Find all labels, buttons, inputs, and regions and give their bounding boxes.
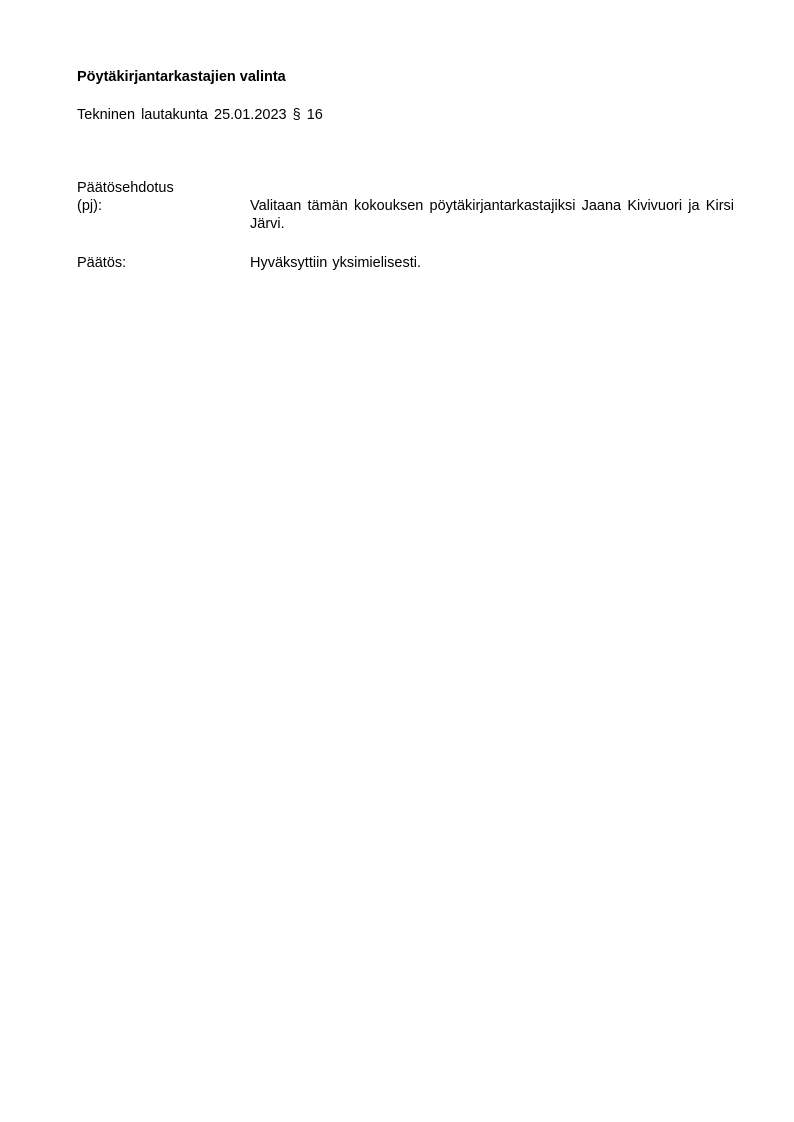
decision-text: Hyväksyttiin yksimielisesti. <box>250 254 734 272</box>
page-title: Pöytäkirjantarkastajien valinta <box>77 68 286 86</box>
proposal-label-line2: (pj): <box>77 197 247 215</box>
decision-label: Päätös: <box>77 254 247 272</box>
proposal-label-line1: Päätösehdotus <box>77 179 247 197</box>
proposal-text: Valitaan tämän kokouksen pöytäkirjantark… <box>250 197 734 233</box>
proposal-label: Päätösehdotus (pj): <box>77 179 247 215</box>
meeting-reference: Tekninen lautakunta 25.01.2023 § 16 <box>77 106 323 124</box>
